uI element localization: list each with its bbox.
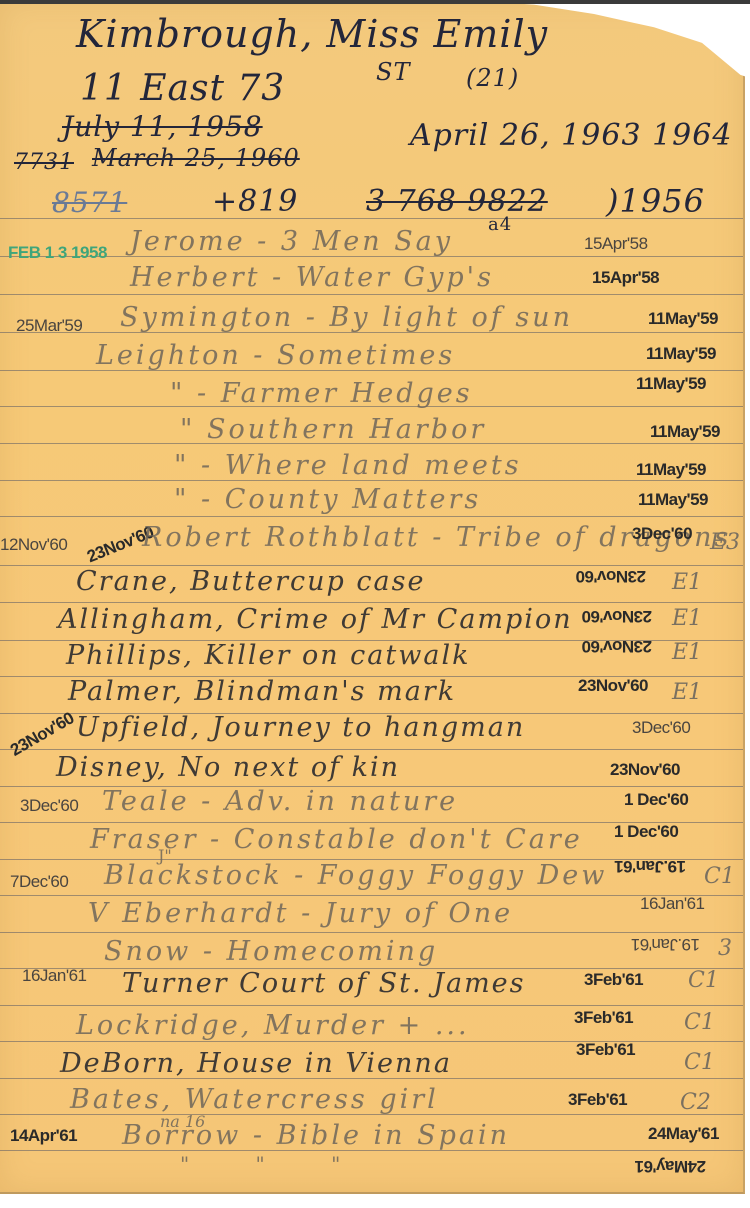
shelf-mark: C1 — [704, 864, 735, 889]
ruled-line — [0, 602, 743, 603]
year-note: )1956 — [606, 182, 705, 220]
phone-number: +819 — [212, 184, 298, 219]
return-stamp: 24May'61 — [648, 1124, 719, 1144]
entry-title: " - Where land meets — [174, 450, 522, 481]
return-stamp: 3Feb'61 — [574, 1008, 633, 1028]
entry-title: " - County Matters — [174, 484, 481, 515]
patron-name: Kimbrough, Miss Emily — [76, 12, 548, 56]
ruled-line — [0, 516, 743, 517]
ruled-line — [0, 749, 743, 750]
return-stamp: 23Nov'60 — [610, 760, 680, 780]
entry-title: Leighton - Sometimes — [96, 340, 455, 371]
entry-title: Lockridge, Murder + ... — [76, 1010, 470, 1041]
return-stamp: 19.Jan'61 — [615, 856, 686, 876]
return-stamp: 23Nov'60 — [578, 676, 648, 696]
shelf-mark: E1 — [672, 680, 702, 705]
return-stamp: 23Nov'60 — [582, 636, 652, 656]
entry-title: Teale - Adv. in nature — [102, 786, 458, 817]
return-stamp: 3Dec'60 — [632, 718, 690, 738]
shelf-mark: E1 — [672, 570, 702, 595]
entry-title: " Southern Harbor — [180, 414, 486, 445]
entry-title: DeBorn, House in Vienna — [60, 1048, 452, 1079]
entry-title: Blackstock - Foggy Foggy Dew — [104, 860, 607, 891]
return-stamp: 11May'59 — [646, 344, 716, 364]
patron-address: 11 East 73 — [80, 68, 285, 109]
return-stamp: 11May'59 — [636, 374, 706, 394]
postal-zone: (21) — [466, 64, 519, 92]
library-card: Kimbrough, Miss Emily 11 East 73 ST (21)… — [0, 0, 745, 1194]
return-stamp: 23Nov'60 — [576, 566, 646, 586]
return-stamp: 3Dec'60 — [632, 524, 692, 544]
ruled-line — [0, 895, 743, 896]
entry-title: Crane, Buttercup case — [76, 566, 425, 597]
scan-edge — [0, 0, 750, 4]
shelf-mark: C2 — [680, 1090, 711, 1115]
return-stamp: 15Apr'58 — [584, 234, 648, 254]
checkout-stamp: 14Apr'61 — [10, 1126, 77, 1146]
struck-date-2: March 25, 1960 — [92, 144, 300, 172]
shelf-mark: E3 — [710, 530, 740, 555]
return-stamp: 11May'59 — [636, 460, 706, 480]
return-stamp: 11May'59 — [650, 422, 720, 442]
checkout-stamp: 25Mar'59 — [16, 316, 82, 336]
struck-number: 3 768 9822 — [366, 184, 548, 219]
shelf-mark: C1 — [684, 1050, 715, 1075]
entry-title: V Eberhardt - Jury of One — [88, 898, 513, 929]
return-stamp: 24May'61 — [635, 1156, 706, 1176]
ruled-line — [0, 1005, 743, 1006]
entry-title: Disney, No next of kin — [56, 752, 400, 783]
entry-title: " - Farmer Hedges — [170, 378, 473, 409]
checkout-stamp: 7Dec'60 — [10, 872, 68, 892]
a4-note: a4 — [488, 214, 512, 235]
struck-prefix: 7731 — [14, 150, 74, 175]
ruled-line — [0, 294, 743, 295]
ditto-marks: " " " — [180, 1152, 370, 1176]
shelf-mark: C1 — [688, 968, 719, 993]
entry-title: Bates, Watercress girl — [70, 1084, 439, 1115]
entry-title: Phillips, Killer on catwalk — [66, 640, 470, 671]
return-stamp: 11May'59 — [638, 490, 708, 510]
entry-title: Snow - Homecoming — [104, 936, 438, 967]
ruled-line — [0, 932, 743, 933]
entry-title: Symington - By light of sun — [120, 302, 573, 333]
checkout-stamp: 16Jan'61 — [22, 966, 86, 986]
entry-title: Allingham, Crime of Mr Campion — [58, 604, 573, 635]
entry-title: Jerome - 3 Men Say — [130, 226, 453, 257]
return-stamp: 19.Jan'61 — [631, 934, 700, 954]
checkout-stamp: 3Dec'60 — [20, 796, 78, 816]
address-suffix: ST — [376, 58, 410, 86]
entry-title: Upfield, Journey to hangman — [76, 712, 525, 743]
current-date: April 26, 1963 1964 — [410, 118, 732, 153]
shelf-mark: 3 — [718, 936, 732, 961]
entry-title: Herbert - Water Gyp's — [130, 262, 494, 293]
return-stamp: 1 Dec'60 — [624, 790, 688, 810]
checkout-stamp: 12Nov'60 — [0, 535, 67, 555]
return-stamp: 1 Dec'60 — [614, 822, 678, 842]
return-stamp: 3Feb'61 — [576, 1040, 635, 1060]
return-stamp: 3Feb'61 — [584, 970, 643, 990]
return-stamp: 3Feb'61 — [568, 1090, 627, 1110]
entry-title: Borrow - Bible in Spain — [122, 1120, 510, 1151]
entry-title: Turner Court of St. James — [122, 968, 526, 999]
return-stamp: 23Nov'60 — [582, 606, 652, 626]
struck-date-1: July 11, 1958 — [62, 110, 263, 143]
shelf-mark: E1 — [672, 640, 702, 665]
received-stamp: FEB 1 3 1958 — [8, 243, 107, 263]
entry-title: Palmer, Blindman's mark — [68, 676, 456, 707]
shelf-mark: E1 — [672, 606, 702, 631]
return-stamp: 11May'59 — [648, 309, 718, 329]
return-stamp: 16Jan'61 — [640, 894, 704, 914]
shelf-mark: C1 — [684, 1010, 715, 1035]
return-stamp: 15Apr'58 — [592, 268, 659, 288]
struck-phone: 8571 — [52, 186, 127, 219]
